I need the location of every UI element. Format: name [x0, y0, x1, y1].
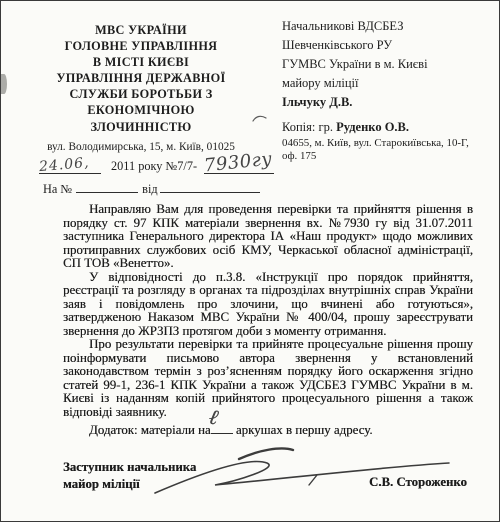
- recipient-name: Ільчуку Д.В.: [282, 93, 494, 112]
- recipient-line: Начальникові ВДСБЕЗ: [282, 17, 494, 36]
- org-address: вул. Володимирська, 15, м. Київ, 01025: [26, 141, 256, 153]
- org-name-line: ГОЛОВНЕ УПРАВЛІННЯ: [26, 38, 256, 54]
- attachment-suffix: аркушах в першу адресу.: [236, 423, 373, 437]
- copy-address-line: 04655, м. Київ, вул. Старокиївська, 10-Г…: [282, 137, 494, 150]
- org-name-line: УПРАВЛІННЯ ДЕРЖАВНОЇ: [26, 70, 256, 86]
- org-name-line: МВС УКРАЇНИ: [26, 22, 256, 38]
- org-name-line: ЕКОНОМІЧНОЮ: [26, 102, 256, 118]
- date-row: 24.06, 2011 року №7/7- 7930гу: [31, 156, 281, 180]
- copy-address-line: оф. 175: [282, 150, 494, 163]
- org-name-line: СЛУЖБИ БОРОТЬБИ З: [26, 86, 256, 102]
- ref-na-label: На №: [43, 182, 72, 196]
- number-blank-line: 7930гу: [204, 156, 274, 174]
- handwritten-date: 24.06,: [38, 155, 90, 175]
- recipient-line: майору міліції: [282, 74, 494, 93]
- recipient-line: Шевченківського РУ: [282, 36, 494, 55]
- pen-tick-icon: [252, 113, 268, 123]
- letterhead-org-block: МВС УКРАЇНИ ГОЛОВНЕ УПРАВЛІННЯ В МІСТІ К…: [26, 22, 256, 135]
- letter-body: Направляю Вам для проведення перевірки т…: [63, 203, 473, 419]
- copy-name: Руденко О.В.: [336, 120, 409, 134]
- ref-vid-label: від: [142, 182, 157, 196]
- org-name-line: В МІСТІ КИЄВІ: [26, 54, 256, 70]
- body-paragraph-2: У відповідності до п.3.8. «Інструкції пр…: [63, 271, 473, 339]
- signature-name: С.В. Стороженко: [369, 475, 467, 490]
- signature-stroke-icon: [141, 439, 473, 503]
- ref-number-blank: [76, 179, 138, 193]
- date-print: 2011 року №7/7-: [111, 159, 197, 174]
- copy-label: Копія: гр.: [282, 120, 333, 134]
- recipient-line: ГУМВС України в м. Києві: [282, 55, 494, 74]
- scanned-letter-page: МВС УКРАЇНИ ГОЛОВНЕ УПРАВЛІННЯ В МІСТІ К…: [0, 0, 500, 522]
- recipient-block: Начальникові ВДСБЕЗ Шевченківського РУ Г…: [282, 17, 494, 163]
- reference-row: На №від: [43, 179, 273, 197]
- attachment-count-blank: ℓ: [211, 421, 233, 434]
- body-paragraph-3: Про результати перевірки та прийняте про…: [63, 338, 473, 419]
- attachment-prefix: Додаток: матеріали на: [89, 423, 211, 437]
- copy-line: Копія: гр. Руденко О.В.: [282, 118, 494, 137]
- org-name-line: ЗЛОЧИННІСТЮ: [26, 119, 256, 135]
- scan-edge-smudge: [1, 74, 7, 94]
- attachment-line: Додаток: матеріали наℓ аркушах в першу а…: [63, 421, 499, 438]
- date-blank-line: 24.06,: [39, 156, 101, 174]
- body-paragraph-1: Направляю Вам для проведення перевірки т…: [63, 203, 473, 271]
- ref-date-blank: [160, 179, 260, 193]
